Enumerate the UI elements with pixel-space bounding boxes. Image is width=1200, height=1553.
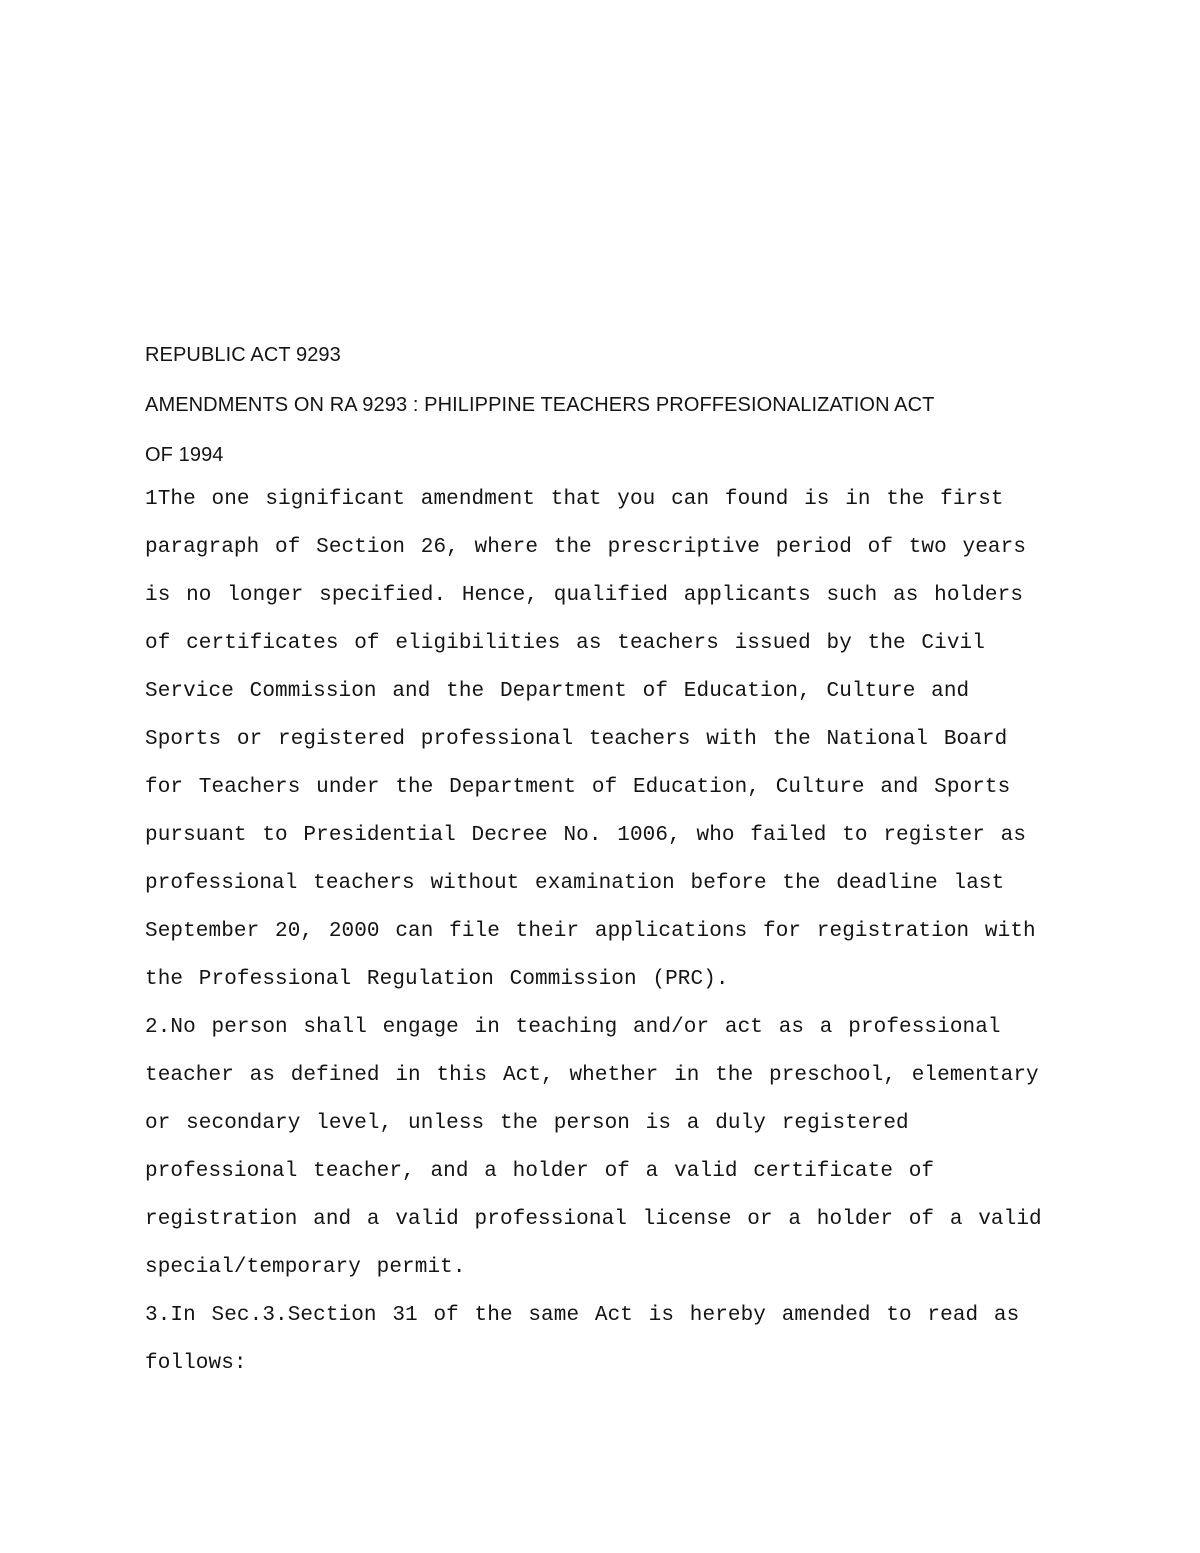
document-title-block: REPUBLIC ACT 9293 AMENDMENTS ON RA 9293 … bbox=[145, 330, 1050, 480]
document-page: REPUBLIC ACT 9293 AMENDMENTS ON RA 9293 … bbox=[0, 0, 1200, 1553]
body-line: 2.No person shall engage in teaching and… bbox=[145, 1004, 1050, 1052]
body-line: teacher as defined in this Act, whether … bbox=[145, 1052, 1050, 1100]
body-line: pursuant to Presidential Decree No. 1006… bbox=[145, 812, 1050, 860]
body-line: special/temporary permit. bbox=[145, 1244, 1050, 1292]
document-body: 1The one significant amendment that you … bbox=[145, 476, 1050, 1388]
title-line-amendments: AMENDMENTS ON RA 9293 : PHILIPPINE TEACH… bbox=[145, 380, 1050, 430]
title-line-act-number: REPUBLIC ACT 9293 bbox=[145, 330, 1050, 380]
body-line: is no longer specified. Hence, qualified… bbox=[145, 572, 1050, 620]
body-line: Service Commission and the Department of… bbox=[145, 668, 1050, 716]
body-line: September 20, 2000 can file their applic… bbox=[145, 908, 1050, 956]
body-line: of certificates of eligibilities as teac… bbox=[145, 620, 1050, 668]
body-line: 1The one significant amendment that you … bbox=[145, 476, 1050, 524]
body-line: professional teachers without examinatio… bbox=[145, 860, 1050, 908]
body-line: registration and a valid professional li… bbox=[145, 1196, 1050, 1244]
title-line-year: OF 1994 bbox=[145, 430, 1050, 480]
body-line: the Professional Regulation Commission (… bbox=[145, 956, 1050, 1004]
document-content: REPUBLIC ACT 9293 AMENDMENTS ON RA 9293 … bbox=[145, 330, 1050, 1388]
body-line: 3.In Sec.3.Section 31 of the same Act is… bbox=[145, 1292, 1050, 1340]
body-line: follows: bbox=[145, 1340, 1050, 1388]
body-line: professional teacher, and a holder of a … bbox=[145, 1148, 1050, 1196]
body-line: or secondary level, unless the person is… bbox=[145, 1100, 1050, 1148]
body-line: Sports or registered professional teache… bbox=[145, 716, 1050, 764]
body-line: paragraph of Section 26, where the presc… bbox=[145, 524, 1050, 572]
body-line: for Teachers under the Department of Edu… bbox=[145, 764, 1050, 812]
